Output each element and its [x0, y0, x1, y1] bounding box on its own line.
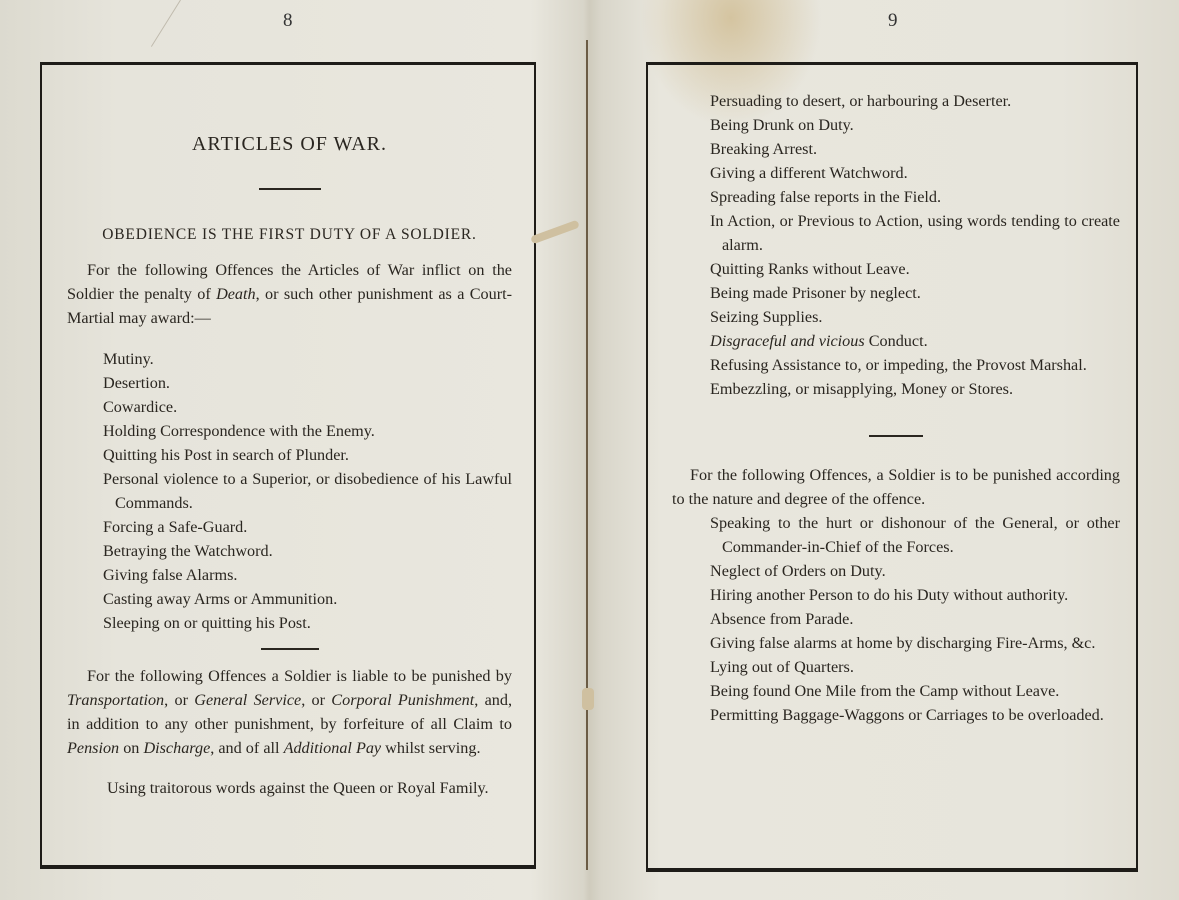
list-item: Persuading to desert, or harbouring a De… [672, 89, 1120, 113]
left-page-frame: ARTICLES OF WAR. OBEDIENCE IS THE FIRST … [40, 62, 536, 869]
death-offences-list: Mutiny. Desertion. Cowardice. Holding Co… [67, 347, 512, 635]
transportation-intro: For the following Offences a Soldier is … [67, 664, 512, 760]
offence-text: Casting away Arms or Ammunition. [103, 587, 512, 611]
list-item: Giving false alarms at home by dischargi… [672, 631, 1120, 655]
divider-rule [261, 648, 319, 650]
list-item: Being made Prisoner by neglect. [672, 281, 1120, 305]
intro-text: whilst serving. [381, 739, 480, 757]
list-item: Absence from Parade. [672, 607, 1120, 631]
italic-term: Discharge [143, 739, 210, 757]
discretionary-offences-list: Speaking to the hurt or dishonour of the… [672, 511, 1120, 727]
intro-text: For the following Offences a Soldier is … [87, 667, 512, 685]
list-item: Giving a different Watchword. [672, 161, 1120, 185]
offence-text: Refusing Assistance to, or impeding, the… [710, 353, 1120, 377]
italic-term: Disgraceful and vicious [710, 332, 865, 350]
offence-text: Sleeping on or quitting his Post. [103, 611, 512, 635]
offence-text: Using traitorous words against the Queen… [107, 776, 512, 800]
list-item: Disgraceful and vicious Conduct. [672, 329, 1120, 353]
italic-term: Pension [67, 739, 119, 757]
offence-text: Being Drunk on Duty. [710, 113, 1120, 137]
list-item: Permitting Baggage-Waggons or Carriages … [672, 703, 1120, 727]
italic-term: Additional Pay [284, 739, 382, 757]
page-number-left: 8 [283, 10, 293, 32]
offence-text: Persuading to desert, or harbouring a De… [710, 89, 1120, 113]
list-item: In Action, or Previous to Action, using … [672, 209, 1120, 257]
offence-text: Neglect of Orders on Duty. [710, 559, 1120, 583]
offence-text: Mutiny. [103, 347, 512, 371]
intro-italic-death: Death [216, 285, 256, 303]
list-item: Being found One Mile from the Camp witho… [672, 679, 1120, 703]
left-page-content: ARTICLES OF WAR. OBEDIENCE IS THE FIRST … [42, 65, 534, 800]
offence-text: Giving false Alarms. [103, 563, 512, 587]
discretionary-intro: For the following Offences, a Soldier is… [672, 463, 1120, 511]
offence-text: Desertion. [103, 371, 512, 395]
offence-text: Lying out of Quarters. [710, 655, 1120, 679]
list-item: Being Drunk on Duty. [672, 113, 1120, 137]
divider-rule [869, 435, 923, 437]
paper-crease [151, 0, 181, 47]
list-item: Quitting his Post in search of Plunder. [67, 443, 512, 467]
page-number-right: 9 [888, 10, 898, 32]
offence-text: Betraying the Watchword. [103, 539, 512, 563]
offence-text: Cowardice. [103, 395, 512, 419]
offence-text: Breaking Arrest. [710, 137, 1120, 161]
offence-text: Forcing a Safe-Guard. [103, 515, 512, 539]
list-item: Forcing a Safe-Guard. [67, 515, 512, 539]
list-item: Quitting Ranks without Leave. [672, 257, 1120, 281]
list-item: Sleeping on or quitting his Post. [67, 611, 512, 635]
list-item: Betraying the Watchword. [67, 539, 512, 563]
offence-text: Being found One Mile from the Camp witho… [710, 679, 1120, 703]
intro-text: , or [164, 691, 194, 709]
offence-text: Giving false alarms at home by dischargi… [710, 631, 1120, 655]
offence-text: Absence from Parade. [710, 607, 1120, 631]
book-spine [586, 40, 588, 870]
offence-text: Speaking to the hurt or dishonour of the… [710, 511, 1120, 559]
list-item: Using traitorous words against the Queen… [67, 776, 512, 800]
intro-text: , and of all [210, 739, 283, 757]
intro-text: on [119, 739, 143, 757]
italic-term: Corporal Punishment [331, 691, 474, 709]
list-item: Breaking Arrest. [672, 137, 1120, 161]
offence-text: Quitting Ranks without Leave. [710, 257, 1120, 281]
italic-term: General Service [194, 691, 301, 709]
list-item: Personal violence to a Superior, or diso… [67, 467, 512, 515]
section-heading: OBEDIENCE IS THE FIRST DUTY OF A SOLDIER… [67, 223, 512, 247]
offence-text: Personal violence to a Superior, or diso… [103, 467, 512, 515]
list-item: Mutiny. [67, 347, 512, 371]
list-item: Casting away Arms or Ammunition. [67, 587, 512, 611]
continued-offences-list: Persuading to desert, or harbouring a De… [672, 89, 1120, 401]
offence-text: In Action, or Previous to Action, using … [710, 209, 1120, 257]
divider-rule [259, 188, 321, 190]
offence-text: Quitting his Post in search of Plunder. [103, 443, 512, 467]
binding-thread [530, 220, 580, 245]
list-item: Hiring another Person to do his Duty wit… [672, 583, 1120, 607]
list-item: Embezzling, or misapplying, Money or Sto… [672, 377, 1120, 401]
offence-text: Disgraceful and vicious Conduct. [710, 329, 1120, 353]
right-page-frame: Persuading to desert, or harbouring a De… [646, 62, 1138, 872]
list-item: Holding Correspondence with the Enemy. [67, 419, 512, 443]
offence-text-rest: Conduct. [865, 332, 928, 350]
offence-text: Holding Correspondence with the Enemy. [103, 419, 512, 443]
death-penalty-intro: For the following Offences the Articles … [67, 258, 512, 330]
list-item: Spreading false reports in the Field. [672, 185, 1120, 209]
offence-text: Being made Prisoner by neglect. [710, 281, 1120, 305]
right-page-content: Persuading to desert, or harbouring a De… [648, 65, 1136, 727]
page-title: ARTICLES OF WAR. [67, 131, 512, 157]
book-spread: 8 9 ARTICLES OF WAR. OBEDIENCE IS THE FI… [0, 0, 1179, 900]
offence-text: Giving a different Watchword. [710, 161, 1120, 185]
binding-thread [582, 688, 594, 710]
offence-text: Hiring another Person to do his Duty wit… [710, 583, 1120, 607]
list-item: Seizing Supplies. [672, 305, 1120, 329]
list-item: Giving false Alarms. [67, 563, 512, 587]
list-item: Neglect of Orders on Duty. [672, 559, 1120, 583]
offence-text: Spreading false reports in the Field. [710, 185, 1120, 209]
list-item: Desertion. [67, 371, 512, 395]
italic-term: Transportation [67, 691, 164, 709]
list-item: Lying out of Quarters. [672, 655, 1120, 679]
offence-text: Seizing Supplies. [710, 305, 1120, 329]
list-item: Refusing Assistance to, or impeding, the… [672, 353, 1120, 377]
offence-text: Permitting Baggage-Waggons or Carriages … [710, 703, 1120, 727]
list-item: Cowardice. [67, 395, 512, 419]
transportation-offences-list: Using traitorous words against the Queen… [67, 776, 512, 800]
offence-text: Embezzling, or misapplying, Money or Sto… [710, 377, 1120, 401]
list-item: Speaking to the hurt or dishonour of the… [672, 511, 1120, 559]
intro-text: , or [301, 691, 331, 709]
